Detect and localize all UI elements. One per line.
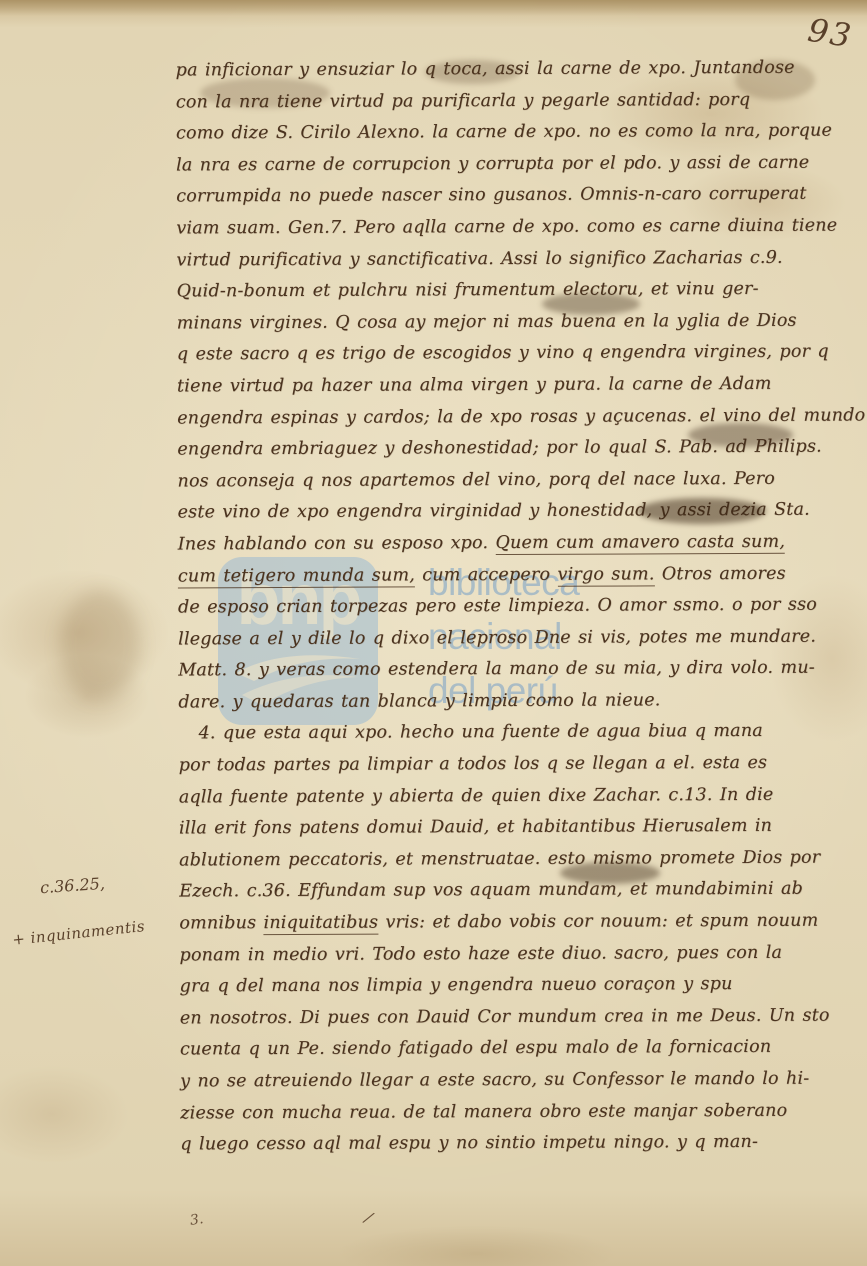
manuscript-line: pa inficionar y ensuziar lo q toca, assi… — [176, 53, 838, 87]
manuscript-text: corrumpida no puede nascer sino gusanos.… — [176, 184, 806, 207]
manuscript-text-block: pa inficionar y ensuziar lo q toca, assi… — [176, 53, 843, 1162]
manuscript-line: cuenta q un Pe. siendo fatigado del espu… — [180, 1032, 842, 1066]
manuscript-line: corrumpida no puede nascer sino gusanos.… — [176, 179, 838, 213]
manuscript-line: virtud purificativa y sanctificativa. As… — [176, 242, 838, 276]
manuscript-text: como dize S. Cirilo Alexno. la carne de … — [176, 121, 832, 144]
manuscript-line: omnibus iniquitatibus vris: et dabo vobi… — [179, 906, 841, 940]
manuscript-line: ponam in medio vri. Todo esto haze este … — [179, 937, 841, 971]
manuscript-line: Matt. 8. y veras como estendera la mano … — [178, 653, 840, 687]
manuscript-text: ponam in medio vri. Todo esto haze este … — [179, 942, 782, 965]
manuscript-text: viam suam. Gen.7. Pero aqlla carne de xp… — [176, 216, 837, 239]
manuscript-text: vris: et dabo vobis cor nouum: et spum n… — [378, 911, 818, 933]
manuscript-text: cum accepero — [415, 564, 558, 585]
manuscript-text: llegase a el y dile lo q dixo el leproso… — [178, 626, 816, 649]
manuscript-text: illa erit fons patens domui Dauid, et ha… — [179, 816, 772, 839]
manuscript-line: este vino de xpo engendra virginidad y h… — [178, 495, 840, 529]
manuscript-text: cuenta q un Pe. siendo fatigado del espu… — [180, 1037, 771, 1060]
manuscript-line: aqlla fuente patente y abierta de quien … — [179, 779, 841, 813]
manuscript-line: q este sacro q es trigo de escogidos y v… — [177, 337, 839, 371]
footer-mark: / — [362, 1208, 375, 1228]
manuscript-text: este vino de xpo engendra virginidad y h… — [178, 500, 810, 523]
manuscript-text: q luego cesso aql mal espu y no sintio i… — [180, 1132, 758, 1155]
manuscript-text: y no se atreuiendo llegar a este sacro, … — [180, 1069, 809, 1092]
manuscript-line: la nra es carne de corrupcion y corrupta… — [176, 147, 838, 181]
underlined-quotation: cum tetigero munda sum, — [178, 565, 415, 588]
manuscript-line: como dize S. Cirilo Alexno. la carne de … — [176, 116, 838, 150]
manuscript-text: la nra es carne de corrupcion y corrupta… — [176, 152, 809, 175]
manuscript-text: tiene virtud pa hazer una alma virgen y … — [177, 374, 772, 397]
manuscript-text: engendra embriaguez y deshonestidad; por… — [177, 437, 822, 460]
manuscript-line: con la nra tiene virtud pa purificarla y… — [176, 84, 838, 118]
manuscript-line: tiene virtud pa hazer una alma virgen y … — [177, 368, 839, 402]
manuscript-text: dare. y quedaras tan blanca y limpia com… — [178, 690, 660, 712]
manuscript-text: en nosotros. Di pues con Dauid Cor mundu… — [180, 1005, 830, 1028]
manuscript-line: ziesse con mucha reua. de tal manera obr… — [180, 1095, 842, 1129]
manuscript-line: engendra espinas y cardos; la de xpo ros… — [177, 400, 839, 434]
manuscript-text: engendra espinas y cardos; la de xpo ros… — [177, 405, 865, 428]
manuscript-text: Matt. 8. y veras como estendera la mano … — [178, 658, 815, 681]
manuscript-text: por todas partes pa limpiar a todos los … — [179, 753, 768, 776]
manuscript-text: virtud purificativa y sanctificativa. As… — [176, 247, 782, 270]
manuscript-line: 4. que esta aqui xpo. hecho una fuente d… — [178, 716, 840, 750]
manuscript-text: minans virgines. Q cosa ay mejor ni mas … — [177, 310, 797, 333]
manuscript-text: q este sacro q es trigo de escogidos y v… — [177, 342, 829, 365]
manuscript-text: de esposo crian torpezas pero este limpi… — [178, 595, 817, 618]
manuscript-line: illa erit fons patens domui Dauid, et ha… — [179, 811, 841, 845]
manuscript-line: viam suam. Gen.7. Pero aqlla carne de xp… — [176, 211, 838, 245]
page-top-edge — [0, 0, 867, 16]
folio-number: 93 — [805, 11, 855, 56]
manuscript-text: nos aconseja q nos apartemos del vino, p… — [177, 469, 775, 492]
manuscript-line: engendra embriaguez y deshonestidad; por… — [177, 432, 839, 466]
manuscript-line: gra q del mana nos limpia y engendra nue… — [180, 969, 842, 1003]
paper-stain — [60, 590, 140, 700]
manuscript-text: ziesse con mucha reua. de tal manera obr… — [180, 1100, 787, 1123]
margin-note-correction: + inquinamentis — [11, 917, 145, 949]
manuscript-line: llegase a el y dile lo q dixo el leproso… — [178, 621, 840, 655]
manuscript-line: y no se atreuiendo llegar a este sacro, … — [180, 1064, 842, 1098]
manuscript-line: nos aconseja q nos apartemos del vino, p… — [177, 463, 839, 497]
manuscript-line: de esposo crian torpezas pero este limpi… — [178, 590, 840, 624]
underlined-quotation: iniquitatibus — [263, 913, 378, 936]
manuscript-line: q luego cesso aql mal espu y no sintio i… — [180, 1127, 842, 1161]
footer-mark: 3. — [189, 1211, 204, 1229]
manuscript-text: gra q del mana nos limpia y engendra nue… — [180, 974, 733, 996]
manuscript-page: 93 bnp biblioteca nacional del perú pa i… — [0, 0, 867, 1266]
manuscript-line: por todas partes pa limpiar a todos los … — [179, 748, 841, 782]
manuscript-line: Ezech. c.36. Effundam sup vos aquam mund… — [179, 874, 841, 908]
manuscript-text: ablutionem peccatoris, et menstruatae. e… — [179, 847, 820, 870]
margin-note-citation: c.36.25, — [39, 874, 105, 897]
manuscript-line: minans virgines. Q cosa ay mejor ni mas … — [177, 305, 839, 339]
manuscript-text: pa inficionar y ensuziar lo q toca, assi… — [176, 58, 795, 81]
manuscript-text: Ines hablando con su esposo xpo. — [178, 533, 496, 554]
manuscript-text: Ezech. c.36. Effundam sup vos aquam mund… — [179, 879, 803, 902]
underlined-quotation: virgo sum. — [557, 564, 654, 586]
manuscript-text: 4. que esta aqui xpo. hecho una fuente d… — [199, 721, 763, 743]
manuscript-line: ablutionem peccatoris, et menstruatae. e… — [179, 842, 841, 876]
manuscript-line: dare. y quedaras tan blanca y limpia com… — [178, 684, 840, 718]
manuscript-text: aqlla fuente patente y abierta de quien … — [179, 785, 774, 808]
underlined-quotation: Quem cum amavero casta sum, — [495, 532, 785, 555]
manuscript-text: Quid-n-bonum et pulchru nisi frumentum e… — [177, 279, 759, 302]
manuscript-line: cum tetigero munda sum, cum accepero vir… — [178, 558, 840, 592]
manuscript-line: en nosotros. Di pues con Dauid Cor mundu… — [180, 1000, 842, 1034]
manuscript-line: Ines hablando con su esposo xpo. Quem cu… — [178, 526, 840, 560]
manuscript-text: Otros amores — [655, 563, 786, 584]
manuscript-text: omnibus — [179, 913, 263, 933]
manuscript-line: Quid-n-bonum et pulchru nisi frumentum e… — [177, 274, 839, 308]
manuscript-text: con la nra tiene virtud pa purificarla y… — [176, 90, 751, 113]
